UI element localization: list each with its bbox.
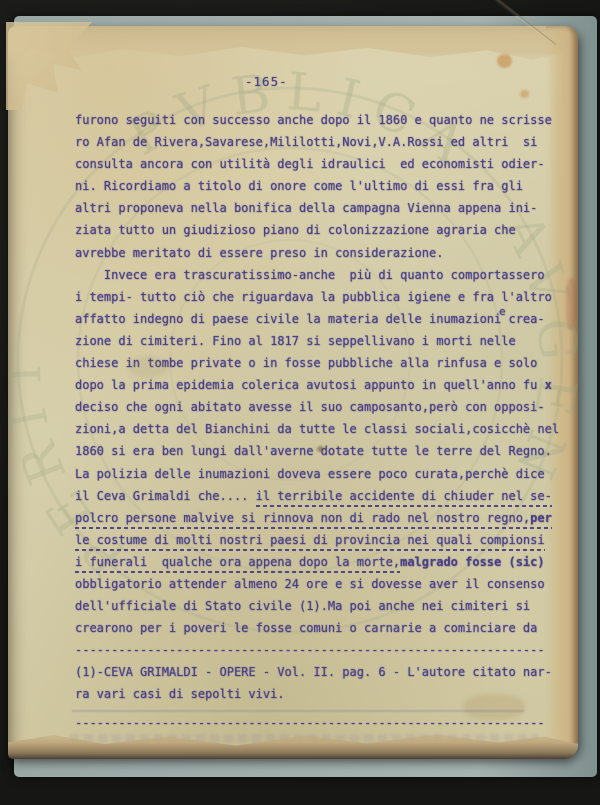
typed-line: le costume di molti nostri paesi di prov… [75, 529, 547, 551]
typed-line: obbligatorio attender almeno 24 ore e si… [75, 573, 547, 595]
typed-line: ni. Ricordiamo a titolo di onore come l'… [75, 175, 547, 197]
typed-line: avrebbe meritato di essere preso in cons… [75, 242, 547, 264]
typed-line: dell'ufficiale di Stato civile (1).Ma po… [75, 595, 547, 617]
fold-line [72, 710, 524, 712]
inserted-letter: e [499, 301, 506, 323]
typed-line: chiese in tombe private o in fosse pubbl… [75, 352, 547, 374]
footnote-line: ra vari casi di sepolti vivi. [75, 683, 547, 705]
typed-line: dopo la prima epidemia colerica avutosi … [75, 374, 547, 396]
typed-line: crearono per i poveri le fosse comuni o … [75, 617, 547, 639]
torn-top-edge [8, 26, 578, 68]
typed-line: i funerali qualche ora appena dopo la mo… [75, 551, 547, 573]
footnote-line: (1)-CEVA GRIMALDI - OPERE - Vol. II. pag… [75, 661, 547, 683]
typed-line: il Ceva Grimaldi che.... il terribile ac… [75, 485, 547, 507]
page-number: -165- [75, 74, 547, 89]
typed-line: zioni,a detta del Bianchini da tutte le … [75, 418, 547, 440]
typed-line: furono seguiti con successo anche dopo i… [75, 109, 547, 131]
stain-spot [520, 90, 529, 98]
typed-line: i tempi- tutto ciò che riguardava la pub… [75, 286, 547, 308]
typed-line: polcro persone malvive si rinnova non di… [75, 507, 547, 529]
typed-line: deciso che ogni abitato avesse il suo ca… [75, 396, 547, 418]
typed-line: La polizia delle inumazioni doveva esser… [75, 463, 547, 485]
typed-line: ziata tutto un giudizioso piano di colon… [75, 219, 547, 241]
stain-spot [497, 54, 512, 68]
torn-top-left-corner [6, 22, 92, 110]
typed-line: Invece era trascuratissimo-anche più di … [75, 264, 547, 286]
typed-line: zione di cimiteri. Fino al 1817 si seppe… [75, 330, 547, 352]
separator-dashes: ----------------------------------------… [75, 712, 547, 734]
separator-dashes: ----------------------------------------… [75, 639, 547, 661]
typed-line: altri proponeva nella bonifica della cam… [75, 197, 547, 219]
scanned-page: PVBLICA AVGEN PERIT -165- furono seguiti… [8, 26, 578, 758]
typed-line: ro Afan de Rivera,Savarese,Mililotti,Nov… [75, 131, 547, 153]
typed-lines: furono seguiti con successo anche dopo i… [75, 109, 547, 734]
typed-line: affatto indegno di paese civile la mater… [75, 308, 547, 330]
typed-line: consulta ancora con utilità degli idraul… [75, 153, 547, 175]
typed-line: 1860 si era ben lungi dall'averne dotate… [75, 440, 547, 462]
